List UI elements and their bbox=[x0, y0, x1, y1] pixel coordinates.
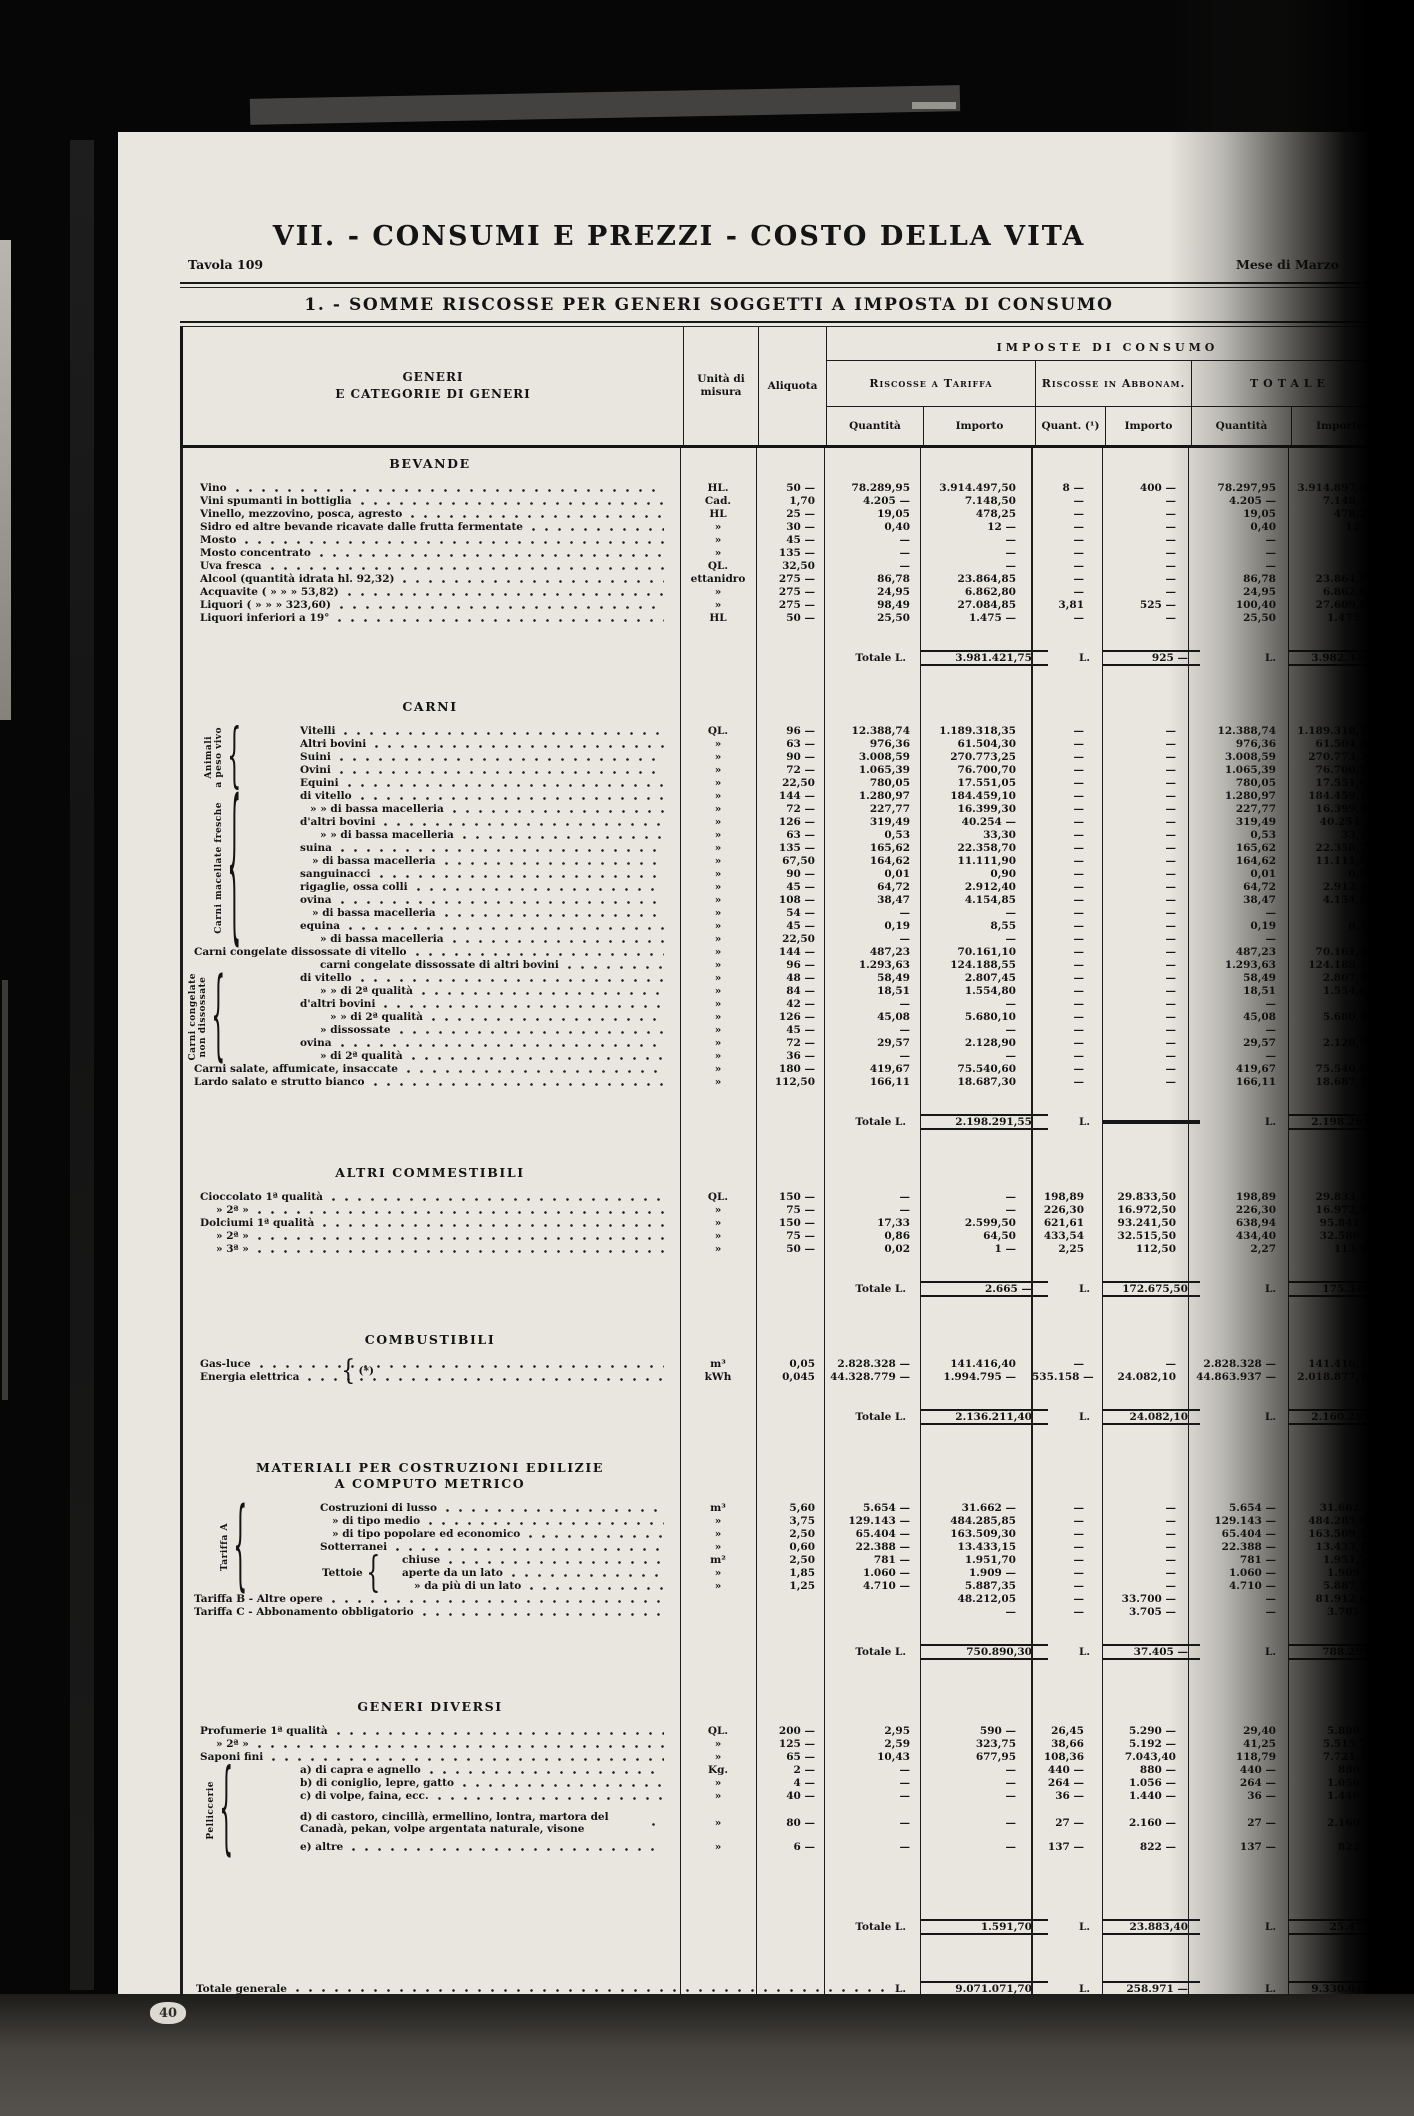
cell-aliquota: 50 — bbox=[756, 482, 824, 494]
cell-importo-tariffa: — bbox=[920, 907, 1032, 919]
cell-importo-totale: 3.914.897,50 bbox=[1288, 482, 1388, 494]
cell-quantita-totale: 86,78 bbox=[1188, 573, 1288, 585]
cell-importo-totale: — bbox=[1288, 907, 1388, 919]
cell-importo-abbonam: 33.700 — bbox=[1102, 1593, 1188, 1605]
cell-unit: » bbox=[680, 933, 756, 945]
col-group-tariffa: Riscosse a Tariffa bbox=[827, 361, 1035, 407]
row-label: » di bassa macelleria bbox=[320, 933, 444, 945]
dot-leader bbox=[453, 810, 664, 813]
cell-quantita-totale: 164,62 bbox=[1188, 855, 1288, 867]
cell-quant-abbonam: — bbox=[1032, 1502, 1102, 1514]
cell-importo-tariffa: 484.285,85 bbox=[920, 1515, 1032, 1527]
table-row: » » di bassa macelleria»72 —227,7716.399… bbox=[180, 803, 1388, 816]
cell-aliquota: 90 — bbox=[756, 868, 824, 880]
group-side-label: Carni congelatenon dissossate{ bbox=[188, 972, 227, 1063]
cell-aliquota: 63 — bbox=[756, 829, 824, 841]
page-header: Tavola 109 VII. - CONSUMI E PREZZI - COS… bbox=[180, 136, 1388, 282]
total-tariffa-importo: 2.198.291,55 bbox=[920, 1114, 1048, 1130]
row-label-cell: » di bassa macelleria bbox=[180, 933, 680, 945]
cell-importo-abbonam: — bbox=[1102, 1541, 1188, 1553]
cell-importo-totale: 7.721,35 bbox=[1288, 1751, 1388, 1763]
cell-quantita-tariffa: 976,36 bbox=[824, 738, 920, 750]
scan-artifact bbox=[912, 102, 956, 109]
cell-importo-totale: 13.433,15 bbox=[1288, 1541, 1388, 1553]
cell-quantita-tariffa: 165,62 bbox=[824, 842, 920, 854]
brace-glyph: { bbox=[219, 1760, 233, 1861]
cell-importo-abbonam: 24.082,10 bbox=[1102, 1371, 1188, 1383]
cell-importo-abbonam: 2.160 — bbox=[1102, 1817, 1188, 1829]
cell-quantita-tariffa: 2.828.328 — bbox=[824, 1358, 920, 1370]
cell-importo-totale: 0,90 bbox=[1288, 868, 1388, 880]
row-label-cell: » di bassa macelleria bbox=[180, 907, 680, 919]
section-total-row: Totale L.3.981.421,75L.925 —L.3.982.346,… bbox=[180, 637, 1388, 679]
table-row: Saponi fini»65 —10,43677,95108,367.043,4… bbox=[180, 1751, 1388, 1764]
cell-quant-abbonam: — bbox=[1032, 1358, 1102, 1370]
cell-unit: » bbox=[680, 777, 756, 789]
cell-quantita-totale: 976,36 bbox=[1188, 738, 1288, 750]
cell-importo-abbonam: — bbox=[1102, 1024, 1188, 1036]
dot-leader bbox=[423, 1613, 664, 1616]
cell-importo-tariffa: 16.399,30 bbox=[920, 803, 1032, 815]
cell-unit: QL. bbox=[680, 1191, 756, 1203]
cell-importo-tariffa: — bbox=[920, 1841, 1032, 1853]
table-row: » » di 2ª qualità»84 —18,511.554,80——18,… bbox=[180, 985, 1388, 998]
cell-importo-abbonam: — bbox=[1102, 842, 1188, 854]
cell-importo-abbonam: — bbox=[1102, 1580, 1188, 1592]
cell-quantita-totale: 64,72 bbox=[1188, 881, 1288, 893]
cell-importo-tariffa: 33,30 bbox=[920, 829, 1032, 841]
cell-importo-totale: — bbox=[1288, 933, 1388, 945]
cell-quantita-tariffa: 22.388 — bbox=[824, 1541, 920, 1553]
cell-importo-abbonam: — bbox=[1102, 868, 1188, 880]
dot-leader bbox=[532, 528, 664, 531]
total-abbonam-box: 172.675,50 bbox=[1102, 1281, 1188, 1297]
cell-unit: » bbox=[680, 985, 756, 997]
cell-importo-abbonam: — bbox=[1102, 855, 1188, 867]
lira-label: L. bbox=[895, 1983, 906, 1995]
group-label-text: Carni macellate fresche bbox=[214, 802, 224, 934]
cell-importo-tariffa: — bbox=[920, 1606, 1032, 1618]
row-label-cell: Saponi fini bbox=[180, 1751, 680, 1763]
cell-importo-totale: 76.700,70 bbox=[1288, 764, 1388, 776]
cell-importo-tariffa: 27.084,85 bbox=[920, 599, 1032, 611]
row-label-cell: Tariffa B - Altre opere bbox=[180, 1593, 680, 1605]
section-total-row: Totale L.750.890,30L.37.405 —L.788.295,3… bbox=[180, 1631, 1388, 1673]
cell-quantita-tariffa: 0,53 bbox=[824, 829, 920, 841]
row-label-cell: » » di 2ª qualità bbox=[180, 1011, 680, 1023]
cell-importo-totale: 7.148,50 bbox=[1288, 495, 1388, 507]
cell-quant-abbonam: 27 — bbox=[1032, 1817, 1102, 1829]
cell-quant-abbonam: — bbox=[1032, 803, 1102, 815]
total-tariffa-importo: 2.136.211,40 bbox=[920, 1409, 1048, 1425]
cell-quant-abbonam: — bbox=[1032, 612, 1102, 624]
col-header-generi-line1: GENERI bbox=[402, 369, 463, 386]
total-totale-importo: 25.475,10 bbox=[1288, 1919, 1402, 1935]
total-totale-importo: 788.295,30 bbox=[1288, 1644, 1402, 1660]
cell-importo-abbonam: — bbox=[1102, 1528, 1188, 1540]
cell-quant-abbonam: — bbox=[1032, 495, 1102, 507]
cell-quantita-totale: 100,40 bbox=[1188, 599, 1288, 611]
cell-quantita-tariffa: — bbox=[824, 1790, 920, 1802]
row-label: » da più di un lato bbox=[414, 1580, 521, 1592]
section-total-row: Totale L.2.198.291,55L.L.2.198.291,55 bbox=[180, 1101, 1388, 1143]
row-label-cell: d'altri bovini bbox=[180, 998, 680, 1010]
col-header-generi-line2: E CATEGORIE DI GENERI bbox=[335, 386, 531, 403]
cell-importo-abbonam: — bbox=[1102, 907, 1188, 919]
cell-quantita-tariffa: — bbox=[824, 1204, 920, 1216]
cell-aliquota: 275 — bbox=[756, 573, 824, 585]
cell-unit: HL. bbox=[680, 482, 756, 494]
cell-aliquota: 3,75 bbox=[756, 1515, 824, 1527]
dot-leader bbox=[400, 1031, 664, 1034]
row-label-cell: sanguinacci bbox=[180, 868, 680, 880]
total-abbonam-box bbox=[1102, 1120, 1188, 1124]
row-label-cell: carni congelate dissossate di altri bovi… bbox=[180, 959, 680, 971]
row-label: d'altri bovini bbox=[300, 998, 375, 1010]
table-row: » » di bassa macelleria»63 —0,5333,30——0… bbox=[180, 829, 1388, 842]
cell-quantita-tariffa: — bbox=[824, 998, 920, 1010]
cell-importo-abbonam: — bbox=[1102, 959, 1188, 971]
cell-importo-abbonam: 16.972,50 bbox=[1102, 1204, 1188, 1216]
cell-importo-abbonam: — bbox=[1102, 547, 1188, 559]
cell-importo-abbonam: — bbox=[1102, 881, 1188, 893]
row-label: » » di bassa macelleria bbox=[320, 829, 454, 841]
cell-quant-abbonam: — bbox=[1032, 1037, 1102, 1049]
group-side-label: Tariffa A{ bbox=[220, 1502, 249, 1593]
cell-quantita-totale: 4.710 — bbox=[1188, 1580, 1288, 1592]
cell-quant-abbonam: — bbox=[1032, 1076, 1102, 1088]
section-total-row: Totale L.1.591,70L.23.883,40L.25.475,10 bbox=[180, 1906, 1388, 1948]
table-row: » di bassa macelleria»67,50164,6211.111,… bbox=[180, 855, 1388, 868]
cell-importo-totale: 2.912,40 bbox=[1288, 881, 1388, 893]
column-rule bbox=[756, 448, 757, 2018]
cell-quantita-tariffa: 164,62 bbox=[824, 855, 920, 867]
cell-quant-abbonam: — bbox=[1032, 842, 1102, 854]
table-row: » » di 2ª qualità»126 —45,085.680,10——45… bbox=[180, 1011, 1388, 1024]
dot-leader bbox=[348, 784, 664, 787]
row-label: Vino bbox=[200, 482, 227, 494]
table-row: Equini»22,50780,0517.551,05——780,0517.55… bbox=[180, 777, 1388, 790]
cell-aliquota: 1,70 bbox=[756, 495, 824, 507]
cell-unit: » bbox=[680, 1050, 756, 1062]
cell-unit: ettanidro bbox=[680, 573, 756, 585]
cell-quantita-totale: 18,51 bbox=[1188, 985, 1288, 997]
cell-importo-abbonam: — bbox=[1102, 985, 1188, 997]
row-label-cell: Cioccolato 1ª qualità bbox=[180, 1191, 680, 1203]
row-label-cell: ovina bbox=[180, 894, 680, 906]
cell-quantita-tariffa: 65.404 — bbox=[824, 1528, 920, 1540]
dot-leader bbox=[323, 1224, 664, 1227]
dot-leader bbox=[416, 953, 664, 956]
cell-quantita-tariffa: 19,05 bbox=[824, 508, 920, 520]
row-label-cell: equina bbox=[180, 920, 680, 932]
section-altri-commestibili: ALTRI COMMESTIBILICioccolato 1ª qualitàQ… bbox=[180, 1165, 1388, 1310]
table-body: BEVANDEVinoHL.50 —78.289,953.914.497,508… bbox=[180, 448, 1388, 2018]
cell-quantita-tariffa: 86,78 bbox=[824, 573, 920, 585]
cell-importo-tariffa: 1 — bbox=[920, 1243, 1032, 1255]
dot-leader bbox=[403, 580, 664, 583]
cell-importo-abbonam: 5.192 — bbox=[1102, 1738, 1188, 1750]
section-rows: VinoHL.50 —78.289,953.914.497,508 —400 —… bbox=[180, 482, 1388, 625]
cell-quantita-tariffa: 18,51 bbox=[824, 985, 920, 997]
cell-importo-totale: 113,50 bbox=[1288, 1243, 1388, 1255]
cell-importo-abbonam: — bbox=[1102, 972, 1188, 984]
cell-quantita-totale: 38,47 bbox=[1188, 894, 1288, 906]
section-total-row: Totale L.2.136.211,40L.24.082,10L.2.160.… bbox=[180, 1396, 1388, 1438]
cell-importo-tariffa: 64,50 bbox=[920, 1230, 1032, 1242]
cell-importo-abbonam: 7.043,40 bbox=[1102, 1751, 1188, 1763]
cell-aliquota: 2,50 bbox=[756, 1554, 824, 1566]
cell-importo-tariffa: 6.862,80 bbox=[920, 586, 1032, 598]
cell-importo-abbonam: — bbox=[1102, 495, 1188, 507]
cell-importo-abbonam: — bbox=[1102, 816, 1188, 828]
cell-importo-totale: 124.188,55 bbox=[1288, 959, 1388, 971]
total-tariffa-importo: 3.981.421,75 bbox=[920, 650, 1048, 666]
cell-importo-totale: 1.475 — bbox=[1288, 612, 1388, 624]
cell-importo-abbonam: — bbox=[1102, 1037, 1188, 1049]
table-subtitle: 1. - SOMME RISCOSSE PER GENERI SOGGETTI … bbox=[180, 288, 1388, 321]
dot-leader bbox=[530, 1587, 664, 1590]
cell-quantita-tariffa: 0,40 bbox=[824, 521, 920, 533]
cell-quantita-tariffa: 2,95 bbox=[824, 1725, 920, 1737]
row-label-cell: Carni salate, affumicate, insaccate bbox=[180, 1063, 680, 1075]
cell-aliquota: 67,50 bbox=[756, 855, 824, 867]
cell-quant-abbonam: 3,81 bbox=[1032, 599, 1102, 611]
row-label-cell: Vini spumanti in bottiglia bbox=[180, 495, 680, 507]
row-label-cell: Equini bbox=[180, 777, 680, 789]
cell-quantita-totale: 487,23 bbox=[1188, 946, 1288, 958]
row-label: Liquori inferiori a 19° bbox=[200, 612, 329, 624]
section-title: GENERI DIVERSI bbox=[180, 1699, 680, 1715]
cell-importo-tariffa: 184.459,10 bbox=[920, 790, 1032, 802]
cell-unit: » bbox=[680, 1024, 756, 1036]
cell-importo-abbonam: — bbox=[1102, 777, 1188, 789]
cell-unit: » bbox=[680, 1515, 756, 1527]
row-label: Sidro ed altre bevande ricavate dalle fr… bbox=[200, 521, 523, 533]
dot-leader bbox=[375, 745, 664, 748]
cell-importo-tariffa: 75.540,60 bbox=[920, 1063, 1032, 1075]
cell-unit: m² bbox=[680, 1554, 756, 1566]
cell-quantita-totale: 0,40 bbox=[1188, 521, 1288, 533]
cell-aliquota: 4 — bbox=[756, 1777, 824, 1789]
cell-quantita-tariffa: — bbox=[824, 1024, 920, 1036]
section-generi-diversi: GENERI DIVERSIProfumerie 1ª qualitàQL.20… bbox=[180, 1699, 1388, 1948]
cell-quantita-tariffa: 781 — bbox=[824, 1554, 920, 1566]
row-label: Vitelli bbox=[300, 725, 335, 737]
cell-importo-tariffa: 22.358,70 bbox=[920, 842, 1032, 854]
cell-unit: » bbox=[680, 738, 756, 750]
cell-aliquota: 144 — bbox=[756, 790, 824, 802]
cell-unit: » bbox=[680, 842, 756, 854]
cell-importo-totale: 16.972,50 bbox=[1288, 1204, 1388, 1216]
cell-quantita-totale: 0,01 bbox=[1188, 868, 1288, 880]
cell-unit: » bbox=[680, 1777, 756, 1789]
table-row: equina»45 —0,198,55——0,198,55 bbox=[180, 920, 1388, 933]
row-label-cell: Mosto concentrato bbox=[180, 547, 680, 559]
cell-unit: HL bbox=[680, 508, 756, 520]
row-label-cell: Carni congelate dissossate di vitello bbox=[180, 946, 680, 958]
cell-importo-totale: — bbox=[1288, 547, 1388, 559]
cell-quantita-totale: 129.143 — bbox=[1188, 1515, 1288, 1527]
section-title: CARNI bbox=[180, 699, 680, 715]
cell-quantita-totale: 45,08 bbox=[1188, 1011, 1288, 1023]
cell-aliquota: 65 — bbox=[756, 1751, 824, 1763]
table-row: Carni salate, affumicate, insaccate»180 … bbox=[180, 1063, 1388, 1076]
table-wrapper: Tavola 109 VII. - CONSUMI E PREZZI - COS… bbox=[180, 136, 1388, 2047]
cell-importo-abbonam: 112,50 bbox=[1102, 1243, 1188, 1255]
cell-quantita-totale: 264 — bbox=[1188, 1777, 1288, 1789]
row-label-cell: » 3ª » bbox=[180, 1243, 680, 1255]
cell-quant-abbonam: — bbox=[1032, 738, 1102, 750]
section-rows: Cioccolato 1ª qualitàQL.150 ———198,8929.… bbox=[180, 1191, 1388, 1256]
cell-importo-tariffa: — bbox=[920, 1764, 1032, 1776]
dot-leader bbox=[361, 502, 664, 505]
cell-quant-abbonam: 264 — bbox=[1032, 1777, 1102, 1789]
cell-importo-totale: 163.509,30 bbox=[1288, 1528, 1388, 1540]
row-label-cell: » 2ª » bbox=[180, 1230, 680, 1242]
brace-glyph: { bbox=[341, 1357, 355, 1385]
cell-quant-abbonam: 621,61 bbox=[1032, 1217, 1102, 1229]
cell-importo-tariffa: — bbox=[920, 933, 1032, 945]
table-row: » 2ª »»125 —2,59323,7538,665.192 —41,255… bbox=[180, 1738, 1388, 1751]
cell-quant-abbonam: — bbox=[1032, 777, 1102, 789]
cell-importo-totale: 2.807,45 bbox=[1288, 972, 1388, 984]
cell-unit: » bbox=[680, 1817, 756, 1829]
row-label-cell: Uva fresca bbox=[180, 560, 680, 572]
cell-aliquota: 45 — bbox=[756, 881, 824, 893]
row-label: » di tipo popolare ed economico bbox=[332, 1528, 520, 1540]
col-header-generi: GENERI E CATEGORIE DI GENERI bbox=[183, 327, 683, 445]
cell-quantita-tariffa: 12.388,74 bbox=[824, 725, 920, 737]
cell-quantita-totale: 65.404 — bbox=[1188, 1528, 1288, 1540]
lira-label: L. bbox=[1188, 1411, 1288, 1423]
section-rows: Costruzioni di lussom³5,605.654 —31.662 … bbox=[180, 1502, 1388, 1619]
cell-quant-abbonam: — bbox=[1032, 521, 1102, 533]
dot-leader bbox=[352, 1848, 664, 1851]
cell-quant-abbonam: — bbox=[1032, 764, 1102, 776]
dot-leader bbox=[272, 1758, 664, 1761]
cell-importo-tariffa: 1.909 — bbox=[920, 1567, 1032, 1579]
cell-unit: » bbox=[680, 829, 756, 841]
cell-quant-abbonam: — bbox=[1032, 1515, 1102, 1527]
cell-unit: » bbox=[680, 521, 756, 533]
row-label: Altri bovini bbox=[300, 738, 366, 750]
brace-glyph: { bbox=[211, 968, 225, 1067]
cell-unit: » bbox=[680, 803, 756, 815]
cell-quantita-totale: 25,50 bbox=[1188, 612, 1288, 624]
cell-quantita-tariffa: 0,19 bbox=[824, 920, 920, 932]
dot-leader bbox=[236, 489, 664, 492]
cell-quantita-totale: 36 — bbox=[1188, 1790, 1288, 1802]
cell-unit: » bbox=[680, 1204, 756, 1216]
cell-quantita-totale: 1.065,39 bbox=[1188, 764, 1288, 776]
month-label: Mese di Marzo bbox=[1236, 257, 1339, 272]
row-label-cell: Alcool (quantità idrata hl. 92,32) bbox=[180, 573, 680, 585]
column-rule bbox=[1288, 448, 1289, 2018]
column-rule bbox=[824, 448, 825, 2018]
cell-quant-abbonam: 198,89 bbox=[1032, 1191, 1102, 1203]
cell-unit: » bbox=[680, 1541, 756, 1553]
row-label-cell: e) altre bbox=[180, 1841, 680, 1853]
cell-quantita-tariffa: — bbox=[824, 907, 920, 919]
total-totale-box: 788.295,30 bbox=[1288, 1644, 1388, 1660]
cell-importo-tariffa: 1.994.795 — bbox=[920, 1371, 1032, 1383]
row-label-cell: d'altri bovini bbox=[180, 816, 680, 828]
cell-importo-abbonam: — bbox=[1102, 1050, 1188, 1062]
brace-glyph: { bbox=[366, 1552, 380, 1594]
cell-quantita-tariffa: 1.060 — bbox=[824, 1567, 920, 1579]
cell-aliquota: 5,60 bbox=[756, 1502, 824, 1514]
cell-aliquota: 2 — bbox=[756, 1764, 824, 1776]
row-label-cell: di vitello bbox=[180, 790, 680, 802]
total-abbonam-importo: 23.883,40 bbox=[1102, 1919, 1200, 1935]
cell-quantita-tariffa: 4.710 — bbox=[824, 1580, 920, 1592]
cell-aliquota: 0,045 bbox=[756, 1371, 824, 1383]
cell-unit: » bbox=[680, 1567, 756, 1579]
lira-label: L. bbox=[1188, 1116, 1288, 1128]
cell-importo-abbonam: 1.056 — bbox=[1102, 1777, 1188, 1789]
cell-aliquota: 180 — bbox=[756, 1063, 824, 1075]
cell-quantita-totale: 118,79 bbox=[1188, 1751, 1288, 1763]
dot-leader bbox=[258, 1250, 664, 1253]
total-totale-box: 2.198.291,55 bbox=[1288, 1114, 1388, 1130]
cell-importo-tariffa: 8,55 bbox=[920, 920, 1032, 932]
cell-quantita-totale: — bbox=[1188, 1606, 1288, 1618]
cell-aliquota: 96 — bbox=[756, 725, 824, 737]
row-label-cell: b) di coniglio, lepre, gatto bbox=[180, 1777, 680, 1789]
table-row: » di 2ª qualità»36 ——————— bbox=[180, 1050, 1388, 1063]
cell-quantita-totale: 781 — bbox=[1188, 1554, 1288, 1566]
row-label: Costruzioni di lusso bbox=[320, 1502, 437, 1514]
cell-quantita-totale: — bbox=[1188, 1024, 1288, 1036]
cell-aliquota: 1,85 bbox=[756, 1567, 824, 1579]
cell-unit: » bbox=[680, 1230, 756, 1242]
dot-leader bbox=[341, 901, 664, 904]
cell-importo-abbonam: — bbox=[1102, 764, 1188, 776]
group-side-label: Carni macellate fresche{ bbox=[214, 790, 243, 946]
film-edge-strip bbox=[70, 140, 94, 1990]
cell-quantita-totale: 4.205 — bbox=[1188, 495, 1288, 507]
cell-quantita-totale: 638,94 bbox=[1188, 1217, 1288, 1229]
row-label: Mosto concentrato bbox=[200, 547, 311, 559]
cell-quantita-totale: 434,40 bbox=[1188, 1230, 1288, 1242]
cell-importo-abbonam: — bbox=[1102, 803, 1188, 815]
row-label-cell: » da più di un lato bbox=[180, 1580, 680, 1592]
row-label-cell: Lardo salato e strutto bianco bbox=[180, 1076, 680, 1088]
cell-importo-tariffa: 478,25 bbox=[920, 508, 1032, 520]
cell-quant-abbonam: — bbox=[1032, 829, 1102, 841]
cell-quant-abbonam: 8 — bbox=[1032, 482, 1102, 494]
cell-quant-abbonam: — bbox=[1032, 972, 1102, 984]
group-label-line: non dissossate bbox=[198, 973, 208, 1061]
total-totale-box: 3.982.346,75 bbox=[1288, 650, 1388, 666]
cell-quantita-tariffa: 25,50 bbox=[824, 612, 920, 624]
total-label-text: Totale generale bbox=[196, 1983, 287, 1995]
col-header-quantita-tariffa: Quantità bbox=[827, 407, 923, 445]
cell-aliquota: 90 — bbox=[756, 751, 824, 763]
dot-leader bbox=[430, 1771, 664, 1774]
cell-importo-totale: 1.056 — bbox=[1288, 1777, 1388, 1789]
cell-importo-abbonam: 880 — bbox=[1102, 1764, 1188, 1776]
cell-aliquota: 275 — bbox=[756, 599, 824, 611]
cell-quant-abbonam: 226,30 bbox=[1032, 1204, 1102, 1216]
cell-importo-tariffa: 11.111,90 bbox=[920, 855, 1032, 867]
scan-bottom-band: 40 bbox=[0, 1994, 1414, 2116]
table-row: c) di volpe, faina, ecc.»40 ———36 —1.440… bbox=[180, 1790, 1388, 1803]
row-label-cell: Sidro ed altre bevande ricavate dalle fr… bbox=[180, 521, 680, 533]
cell-quantita-totale: 58,49 bbox=[1188, 972, 1288, 984]
cell-importo-abbonam: 93.241,50 bbox=[1102, 1217, 1188, 1229]
